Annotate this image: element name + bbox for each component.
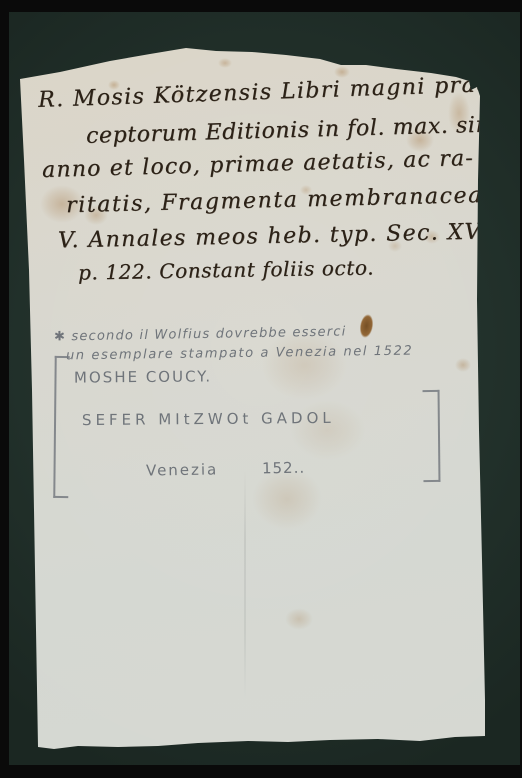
right-bracket-mark [423,390,441,482]
paper-crease [244,470,246,700]
manuscript-paper-scrap: R. Mosis Kötzensis Libri magni prae cept… [0,0,522,778]
ink-line: ritatis, Fragmenta membranacea. [66,183,492,218]
pencil-author-line: MOSHE COUCY. [74,367,212,386]
scanned-photo: R. Mosis Kötzensis Libri magni prae cept… [0,0,522,778]
pencil-year-label: 152.. [262,459,305,478]
pencil-title-line: SEFER MItZWOt GADOL [82,409,335,429]
ink-line: anno et loco, primae aetatis, ac ra- [42,146,474,183]
ink-line: V. Annales meos heb. typ. Sec. XV [58,220,482,254]
foxing-stain [455,358,471,372]
foxing-stain [218,58,232,68]
pencil-place-label: Venezia [146,460,219,479]
ink-blot [358,313,375,339]
foxing-stain [285,608,313,630]
pencil-annotation-line: un esemplare stampato a Venezia nel 1522 [66,344,414,364]
ink-line: R. Mosis Kötzensis Libri magni prae [38,72,491,113]
ink-line: p. 122. Constant foliis octo. [78,255,374,284]
ink-line: ceptorum Editionis in fol. max. sine [86,112,504,149]
left-bracket-mark [53,356,69,498]
